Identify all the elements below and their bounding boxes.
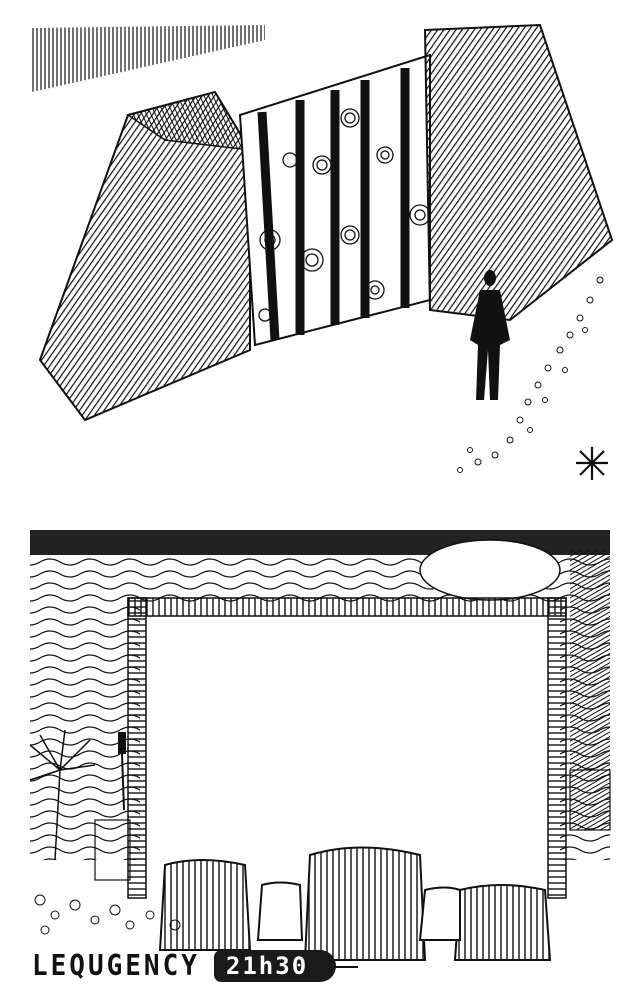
showtime-badge: 21h30 [214, 950, 336, 982]
blank-screen [140, 605, 560, 885]
bottom-illustration-panel [0, 520, 641, 1000]
caption: LEQUGENCY 21h30 [32, 950, 336, 982]
ribbed-screen-frame [128, 598, 566, 616]
pebbles [35, 895, 180, 934]
gate-drawing [0, 0, 641, 500]
cloud [420, 540, 560, 600]
star-mark [576, 447, 608, 480]
hatched-block-right [425, 25, 612, 320]
hatched-sky-strip [32, 25, 265, 92]
cinema-drawing [0, 520, 641, 1000]
cinema-name: LEQUGENCY [32, 950, 200, 983]
top-illustration-panel [0, 0, 641, 500]
